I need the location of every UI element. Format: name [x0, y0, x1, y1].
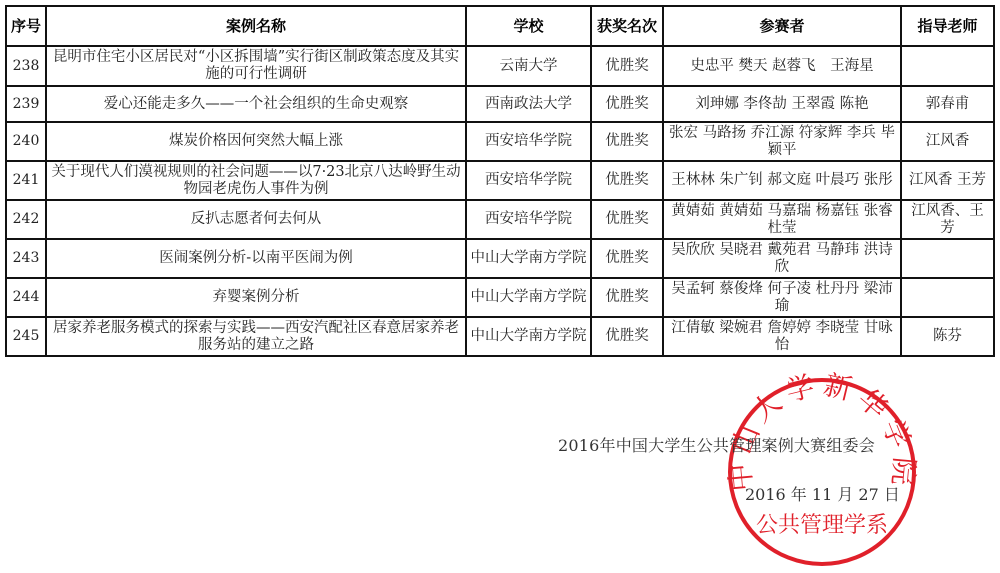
advisor: [901, 239, 994, 278]
advisor: 江风香: [901, 122, 994, 161]
participants: 史忠平 樊天 赵蓉飞 王海星: [663, 46, 901, 86]
table-row: 245 居家养老服务模式的探索与实践——西安汽配社区春意居家养老服务站的建立之路…: [6, 317, 994, 356]
advisor: 陈芬: [901, 317, 994, 356]
case-title: 关于现代人们漠视规则的社会问题——以7·23北京八达岭野生动物园老虎伤人事件为例: [46, 161, 466, 200]
awards-table: 序号 案例名称 学校 获奖名次 参赛者 指导老师 238 昆明市住宅小区居民对“…: [5, 5, 995, 357]
school: 西安培华学院: [466, 161, 591, 200]
row-number: 244: [6, 278, 46, 317]
row-number: 238: [6, 46, 46, 86]
participants: 吴孟轲 蔡俊烽 何子凌 杜丹丹 梁沛瑜: [663, 278, 901, 317]
header-award: 获奖名次: [591, 6, 663, 46]
participants: 吴欣欣 吴晓君 戴苑君 马静玮 洪诗欣: [663, 239, 901, 278]
header-number: 序号: [6, 6, 46, 46]
official-seal-stamp: 中山大学新华学院 公共管理学系: [722, 372, 922, 572]
participants: 刘珅娜 李佟劼 王翠霞 陈艳: [663, 86, 901, 122]
advisor: [901, 278, 994, 317]
school: 中山大学南方学院: [466, 239, 591, 278]
advisor: 江风香、王芳: [901, 200, 994, 239]
participants: 王林林 朱广钊 郝文庭 叶晨巧 张彤: [663, 161, 901, 200]
school: 西南政法大学: [466, 86, 591, 122]
table-row: 240 煤炭价格因何突然大幅上涨 西安培华学院 优胜奖 张宏 马路扬 乔江源 符…: [6, 122, 994, 161]
participants: 江倩敏 梁婉君 詹婷婷 李晓莹 甘咏怡: [663, 317, 901, 356]
case-title: 弃婴案例分析: [46, 278, 466, 317]
header-case-title: 案例名称: [46, 6, 466, 46]
table-header-row: 序号 案例名称 学校 获奖名次 参赛者 指导老师: [6, 6, 994, 46]
award: 优胜奖: [591, 46, 663, 86]
award: 优胜奖: [591, 122, 663, 161]
award: 优胜奖: [591, 239, 663, 278]
school: 云南大学: [466, 46, 591, 86]
row-number: 245: [6, 317, 46, 356]
issue-date: 2016 年 11 月 27 日: [745, 482, 900, 505]
row-number: 240: [6, 122, 46, 161]
table-row: 238 昆明市住宅小区居民对“小区拆围墙”实行街区制政策态度及其实施的可行性调研…: [6, 46, 994, 86]
advisor: [901, 46, 994, 86]
table-row: 242 反扒志愿者何去何从 西安培华学院 优胜奖 黄婧茹 黄婧茹 马嘉瑞 杨嘉钰…: [6, 200, 994, 239]
school: 中山大学南方学院: [466, 278, 591, 317]
row-number: 243: [6, 239, 46, 278]
row-number: 239: [6, 86, 46, 122]
advisor: 江风香 王芳: [901, 161, 994, 200]
case-title: 居家养老服务模式的探索与实践——西安汽配社区春意居家养老服务站的建立之路: [46, 317, 466, 356]
header-participants: 参赛者: [663, 6, 901, 46]
advisor: 郭春甫: [901, 86, 994, 122]
organizer-signature: 2016年中国大学生公共管理案例大赛组委会: [558, 433, 875, 456]
row-number: 242: [6, 200, 46, 239]
school: 中山大学南方学院: [466, 317, 591, 356]
table-row: 243 医闹案例分析-以南平医闹为例 中山大学南方学院 优胜奖 吴欣欣 吴晓君 …: [6, 239, 994, 278]
case-title: 昆明市住宅小区居民对“小区拆围墙”实行街区制政策态度及其实施的可行性调研: [46, 46, 466, 86]
seal-bottom-text: 公共管理学系: [756, 513, 888, 538]
award: 优胜奖: [591, 317, 663, 356]
participants: 黄婧茹 黄婧茹 马嘉瑞 杨嘉钰 张睿 杜莹: [663, 200, 901, 239]
award: 优胜奖: [591, 161, 663, 200]
case-title: 医闹案例分析-以南平医闹为例: [46, 239, 466, 278]
award: 优胜奖: [591, 86, 663, 122]
award: 优胜奖: [591, 278, 663, 317]
award: 优胜奖: [591, 200, 663, 239]
header-school: 学校: [466, 6, 591, 46]
school: 西安培华学院: [466, 122, 591, 161]
header-advisor: 指导老师: [901, 6, 994, 46]
school: 西安培华学院: [466, 200, 591, 239]
row-number: 241: [6, 161, 46, 200]
case-title: 煤炭价格因何突然大幅上涨: [46, 122, 466, 161]
case-title: 反扒志愿者何去何从: [46, 200, 466, 239]
table-row: 239 爱心还能走多久——一个社会组织的生命史观察 西南政法大学 优胜奖 刘珅娜…: [6, 86, 994, 122]
case-title: 爱心还能走多久——一个社会组织的生命史观察: [46, 86, 466, 122]
participants: 张宏 马路扬 乔江源 符家辉 李兵 毕颖平: [663, 122, 901, 161]
table-row: 244 弃婴案例分析 中山大学南方学院 优胜奖 吴孟轲 蔡俊烽 何子凌 杜丹丹 …: [6, 278, 994, 317]
table-row: 241 关于现代人们漠视规则的社会问题——以7·23北京八达岭野生动物园老虎伤人…: [6, 161, 994, 200]
